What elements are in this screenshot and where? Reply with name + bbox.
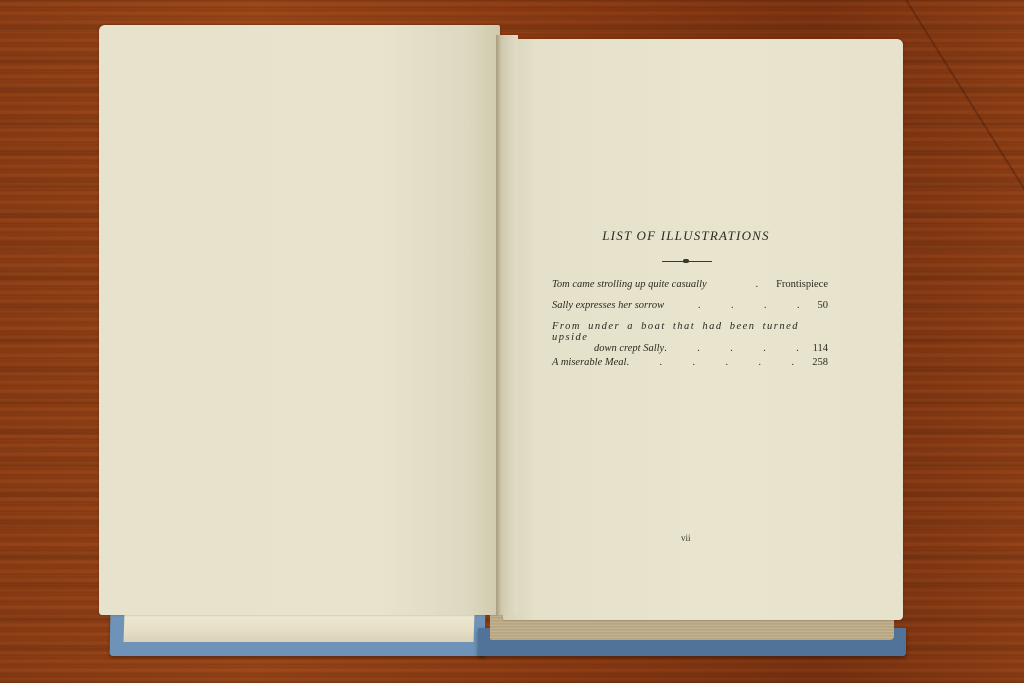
book-gutter — [496, 35, 518, 615]
entry-title-line2-row: down crept Sally . . . . . . 114 — [552, 343, 828, 354]
leader-dots: . . . . — [664, 300, 817, 311]
leader-dots: . . . . . . — [664, 343, 812, 354]
list-item: Sally expresses her sorrow . . . . 50 — [552, 300, 828, 321]
leader-dots: . . . . . . . . — [626, 357, 812, 368]
page-heading: LIST OF ILLUSTRATIONS — [555, 228, 817, 244]
entry-page: Frontispiece — [776, 279, 828, 290]
list-item: Tom came strolling up quite casually . F… — [552, 279, 828, 300]
entry-page: 114 — [813, 343, 828, 354]
illustrations-list: Tom came strolling up quite casually . F… — [552, 279, 828, 378]
list-item: From under a boat that had been turned u… — [552, 321, 828, 357]
entry-title-line2: down crept Sally — [594, 343, 664, 354]
entry-title: A miserable Meal — [552, 357, 626, 368]
entry-page: 258 — [812, 357, 828, 368]
entry-page: 50 — [818, 300, 829, 311]
page-edges-left — [123, 612, 474, 642]
ornament-rule-icon — [662, 258, 712, 264]
entry-title: Tom came strolling up quite casually — [552, 279, 707, 290]
leader-dots: . — [707, 279, 776, 290]
page-number: vii — [681, 533, 691, 543]
entry-title-line1: From under a boat that had been turned u… — [552, 321, 828, 343]
open-book: LIST OF ILLUSTRATIONS Tom came strolling… — [0, 0, 1024, 683]
left-page-blank — [99, 25, 500, 615]
entry-title: Sally expresses her sorrow — [552, 300, 664, 311]
list-item: A miserable Meal . . . . . . . . 258 — [552, 357, 828, 378]
